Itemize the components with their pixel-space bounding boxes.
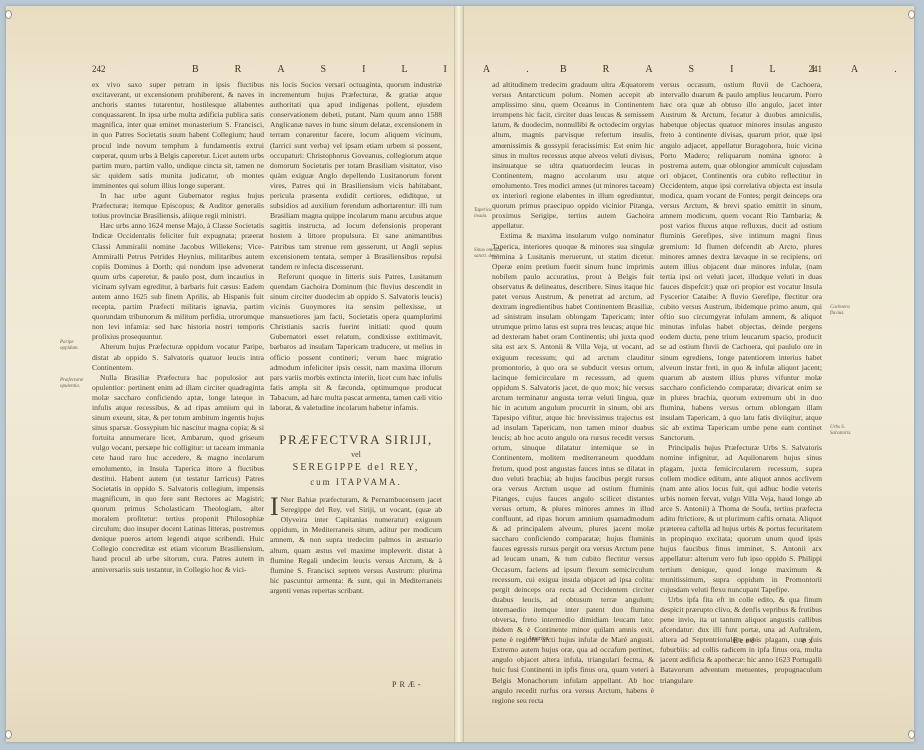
margin-note: Cachoera fluvius.	[830, 305, 860, 317]
catchword: ex	[802, 636, 816, 645]
paragraph: Principalis hujus Præfecturæ Urbs S. Sal…	[660, 443, 822, 594]
pin-hole	[5, 10, 12, 19]
paragraph: Extima & maxima insularum vulgo nominatu…	[492, 231, 654, 705]
paragraph: nis locis Socios versari octuaginta, quo…	[270, 80, 442, 272]
section-heading: PRÆFECTVRA SIRIJI, vel SEREGIPPE del REY…	[270, 431, 442, 489]
text-column-2: nis locis Socios versari octuaginta, quo…	[270, 80, 442, 596]
pin-hole	[5, 730, 12, 739]
footnote-signature: America.	[528, 636, 550, 642]
section-title-line: vel	[270, 449, 442, 461]
running-header: 242 BRASILIA.	[92, 64, 442, 80]
text-column-2: versus occasum, ostium fluvii de Cachoer…	[660, 80, 822, 706]
paragraph: Nulla Brasiliæ Præfectura hac populosior…	[92, 373, 264, 575]
margin-note: Sinus omnium sancti. descr.	[474, 248, 504, 260]
margin-note: Paripe oppidum.	[60, 340, 90, 352]
signature-mark: Eeee	[733, 636, 757, 645]
running-head-title: BRASILIA.	[560, 64, 924, 75]
paragraph: ad altitudinem tredecim graduum ultra Æq…	[492, 80, 654, 231]
section-title-line: cum ITAPVAMA.	[270, 475, 442, 489]
right-page: BRASILIA. 241 ad altitudinem tredecim gr…	[492, 64, 822, 706]
pin-hole	[908, 10, 915, 19]
margin-note: Præfecturæ opulentia.	[60, 378, 90, 390]
paragraph: Hæc urbs anno 1624 mense Majo, à Classe …	[92, 221, 264, 342]
text-column-1: ad altitudinem tredecim graduum ultra Æq…	[492, 80, 654, 706]
running-header: BRASILIA. 241	[492, 64, 822, 80]
catchword: PRÆ-	[392, 680, 424, 689]
margin-note: Taperica insula.	[474, 208, 504, 220]
paragraph: Referunt quoque in litteris suis Patres,…	[270, 272, 442, 413]
page-number: 242	[92, 64, 106, 74]
drop-cap: I	[270, 496, 279, 518]
section-title-line: SEREGIPPE del REY,	[270, 461, 442, 475]
paragraph: versus occasum, ostium fluvii de Cachoer…	[660, 80, 822, 443]
section-title-line: PRÆFECTVRA SIRIJI,	[270, 431, 442, 449]
section-paragraph: INter Bahiæ præfecturam, & Pernambucense…	[270, 495, 442, 596]
pin-hole	[908, 730, 915, 739]
page-number: 241	[809, 64, 823, 74]
paragraph: Alterum hujus Præfecturæ oppidum vocatur…	[92, 342, 264, 372]
text-column-1: ex vivo saxo super petram in ipsis fluct…	[92, 80, 264, 596]
paragraph: ex vivo saxo super petram in ipsis fluct…	[92, 80, 264, 191]
margin-note: Urbs S. Salvatoris.	[830, 425, 860, 437]
section-text: Nter Bahiæ præfecturam, & Pernambucensem…	[270, 495, 442, 595]
paragraph: In hac urbe agunt Gubernator regius huju…	[92, 191, 264, 221]
left-page: 242 BRASILIA. ex vivo saxo super petram …	[92, 64, 442, 596]
center-fold	[454, 6, 464, 742]
